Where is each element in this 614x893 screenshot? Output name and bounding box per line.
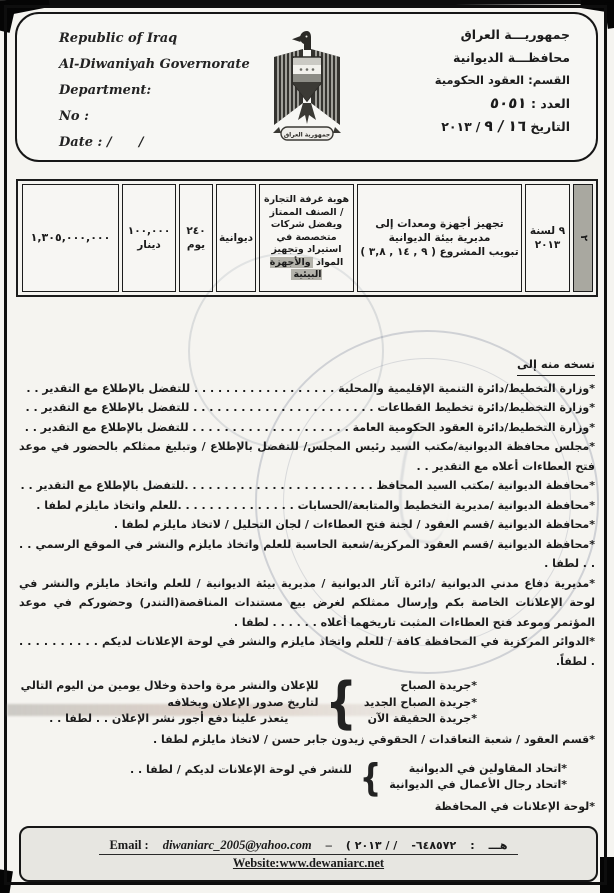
letter-number-value: ٥٠٥١ bbox=[489, 96, 528, 111]
letterhead-arabic: جمهوريـــة العراق محافظـــة الديوانية ال… bbox=[435, 27, 570, 134]
letterhead-english: Republic of Iraq Al-Diwaniyah Governorat… bbox=[59, 31, 250, 151]
tender-subject-cell: تجهيز أجهزة ومعدات إلى مديرية بيئة الديو… bbox=[357, 184, 522, 292]
tender-number-cell: ٩ لسنة ٢٠١٣ bbox=[525, 184, 570, 292]
eagle-head bbox=[300, 31, 311, 50]
copy-line: *مديرية دفاع مدني الديوانية /دائرة آثار … bbox=[19, 574, 595, 633]
newspaper-names: *جريدة الصباح *جريدة الصباح الجديد *جريد… bbox=[364, 678, 477, 728]
tender-estimate-cell: ١,٣٠٥,٠٠٠,٠٠٠ bbox=[22, 184, 119, 292]
union-item: *اتحاد المقاولين في الديوانية bbox=[389, 761, 567, 778]
newspaper-item: *جريدة الصباح bbox=[364, 678, 477, 695]
letter-date-month: ٩ bbox=[483, 119, 494, 134]
announcement-board-line: *لوحة الإعلانات في المحافظة bbox=[19, 797, 595, 817]
copy-line: *محافظة الديوانية /مكتب السيد المحافظ . … bbox=[19, 476, 595, 496]
union-names: *اتحاد المقاولين في الديوانية *اتحاد رجا… bbox=[389, 761, 567, 794]
letterhead-country-ar: جمهوريـــة العراق bbox=[435, 27, 570, 42]
tender-serial-cell: ٢ bbox=[573, 184, 593, 292]
copy-line: *الدوائر المركزية في المحافظة كافة / للع… bbox=[19, 632, 595, 671]
letter-date-line: التاريخ ١٦ / ٩ / ٢٠١٣ bbox=[435, 119, 570, 134]
copy-line: *مجلس محافظة الديوانية/مكتب السيد رئيس ا… bbox=[19, 437, 595, 476]
letterhead-number-en: No : bbox=[59, 109, 250, 125]
scanned-official-letter: Republic of Iraq Al-Diwaniyah Governorat… bbox=[0, 0, 614, 893]
date-separator: / bbox=[496, 119, 505, 134]
eagle-eye bbox=[305, 36, 307, 38]
copies-heading: نسخه منه إلى bbox=[517, 355, 595, 376]
unions-note: للنشر في لوحة الإعلانات لديكم / لطفا . . bbox=[130, 761, 352, 779]
distribution-list: نسخه منه إلى *وزارة التخطيط/دائرة التنمي… bbox=[19, 355, 595, 816]
newspaper-item: *جريدة الصباح الجديد bbox=[364, 695, 477, 712]
letterhead-department-ar: القسم: العقود الحكومية bbox=[435, 73, 570, 88]
copy-line: *وزارة التخطيط/دائرة التنمية الإقليمية و… bbox=[19, 379, 595, 399]
highlighted-text: والأجهزة البيئية bbox=[270, 257, 322, 281]
letterhead-governorate-ar: محافظـــة الديوانية bbox=[435, 50, 570, 65]
letterhead-governorate-en: Al-Diwaniyah Governorate bbox=[59, 57, 250, 73]
phone-number: -٦٤٨٥٧٢ bbox=[411, 839, 456, 852]
newspapers-group: *جريدة الصباح *جريدة الصباح الجديد *جريد… bbox=[19, 678, 477, 730]
tender-table: ٢ ٩ لسنة ٢٠١٣ تجهيز أجهزة ومعدات إلى مدي… bbox=[16, 179, 598, 297]
phone-label: هـــ bbox=[489, 839, 508, 852]
letter-number-line: العدد : ٥٠٥١ bbox=[435, 96, 570, 111]
letterhead-department-en: Department: bbox=[59, 83, 250, 99]
email-label: Email : bbox=[109, 838, 148, 853]
emblem-scroll-text: جمهورية العراق bbox=[283, 132, 329, 139]
curly-brace: { bbox=[326, 672, 357, 737]
letter-date-year: ٢٠١٣ bbox=[441, 119, 472, 134]
dash: – bbox=[326, 838, 332, 853]
email-address: diwaniarc_2005@yahoo.com bbox=[163, 838, 312, 853]
letter-date-label: التاريخ bbox=[530, 119, 570, 134]
footer-date-blank: ( ٢٠١٣ / / bbox=[346, 839, 397, 852]
eagle-beak bbox=[292, 36, 301, 42]
date-slashes: / / bbox=[107, 135, 144, 150]
footer-contact-line: Email : diwaniarc_2005@yahoo.com – ( ٢٠١… bbox=[99, 838, 517, 855]
newspaper-item: *جريدة الحقيقة الآن bbox=[364, 711, 477, 728]
union-item: *اتحاد رجال الأعمال في الديوانية bbox=[389, 777, 567, 794]
letter-date-day: ١٦ bbox=[507, 119, 527, 134]
copy-line: *محافظة الديوانية /مديرية التخطيط والمتا… bbox=[19, 496, 595, 516]
tender-qualification-cell: هوية غرفة التجارة / الصنف الممتاز ويفضل … bbox=[259, 184, 354, 292]
copy-line: *وزارة التخطيط/دائرة العقود الحكومية الع… bbox=[19, 418, 595, 438]
letter-number-label: العدد : bbox=[531, 96, 570, 111]
colon: : bbox=[470, 839, 474, 852]
letterhead-country-en: Republic of Iraq bbox=[59, 31, 250, 47]
copy-line: *محافظة الديوانية /قسم العقود / لجنة فتح… bbox=[19, 515, 595, 535]
eagle-tail bbox=[298, 103, 316, 124]
letterhead-date-en: Date : / / bbox=[59, 135, 250, 151]
newspapers-note: للإعلان والنشر مرة واحدة وخلال يومين من … bbox=[19, 678, 319, 728]
copy-line: *وزارة التخطيط/دائرة تخطيط القطاعات . . … bbox=[19, 398, 595, 418]
website-address: Website:www.dewaniarc.net bbox=[233, 856, 384, 871]
tender-bond-cell: ١٠٠,٠٠٠ دينار bbox=[122, 184, 176, 292]
curly-brace: { bbox=[360, 756, 381, 801]
date-separator: / bbox=[476, 119, 481, 134]
unions-group: *اتحاد المقاولين في الديوانية *اتحاد رجا… bbox=[19, 761, 567, 797]
contracts-section-line: *قسم العقود / شعبة التعاقدات / الحقوقي ز… bbox=[19, 730, 595, 750]
copy-line: *محافظة الديوانية /قسم العقود المركزية/ش… bbox=[19, 535, 595, 574]
tender-duration-cell: ٢٤٠ يوم bbox=[179, 184, 213, 292]
letterhead: Republic of Iraq Al-Diwaniyah Governorat… bbox=[15, 12, 598, 162]
iraq-coat-of-arms-emblem: جمهورية العراق bbox=[267, 27, 347, 151]
tender-location-cell: ديوانية bbox=[216, 184, 256, 292]
footer-contact-box: Email : diwaniarc_2005@yahoo.com – ( ٢٠١… bbox=[19, 826, 598, 882]
